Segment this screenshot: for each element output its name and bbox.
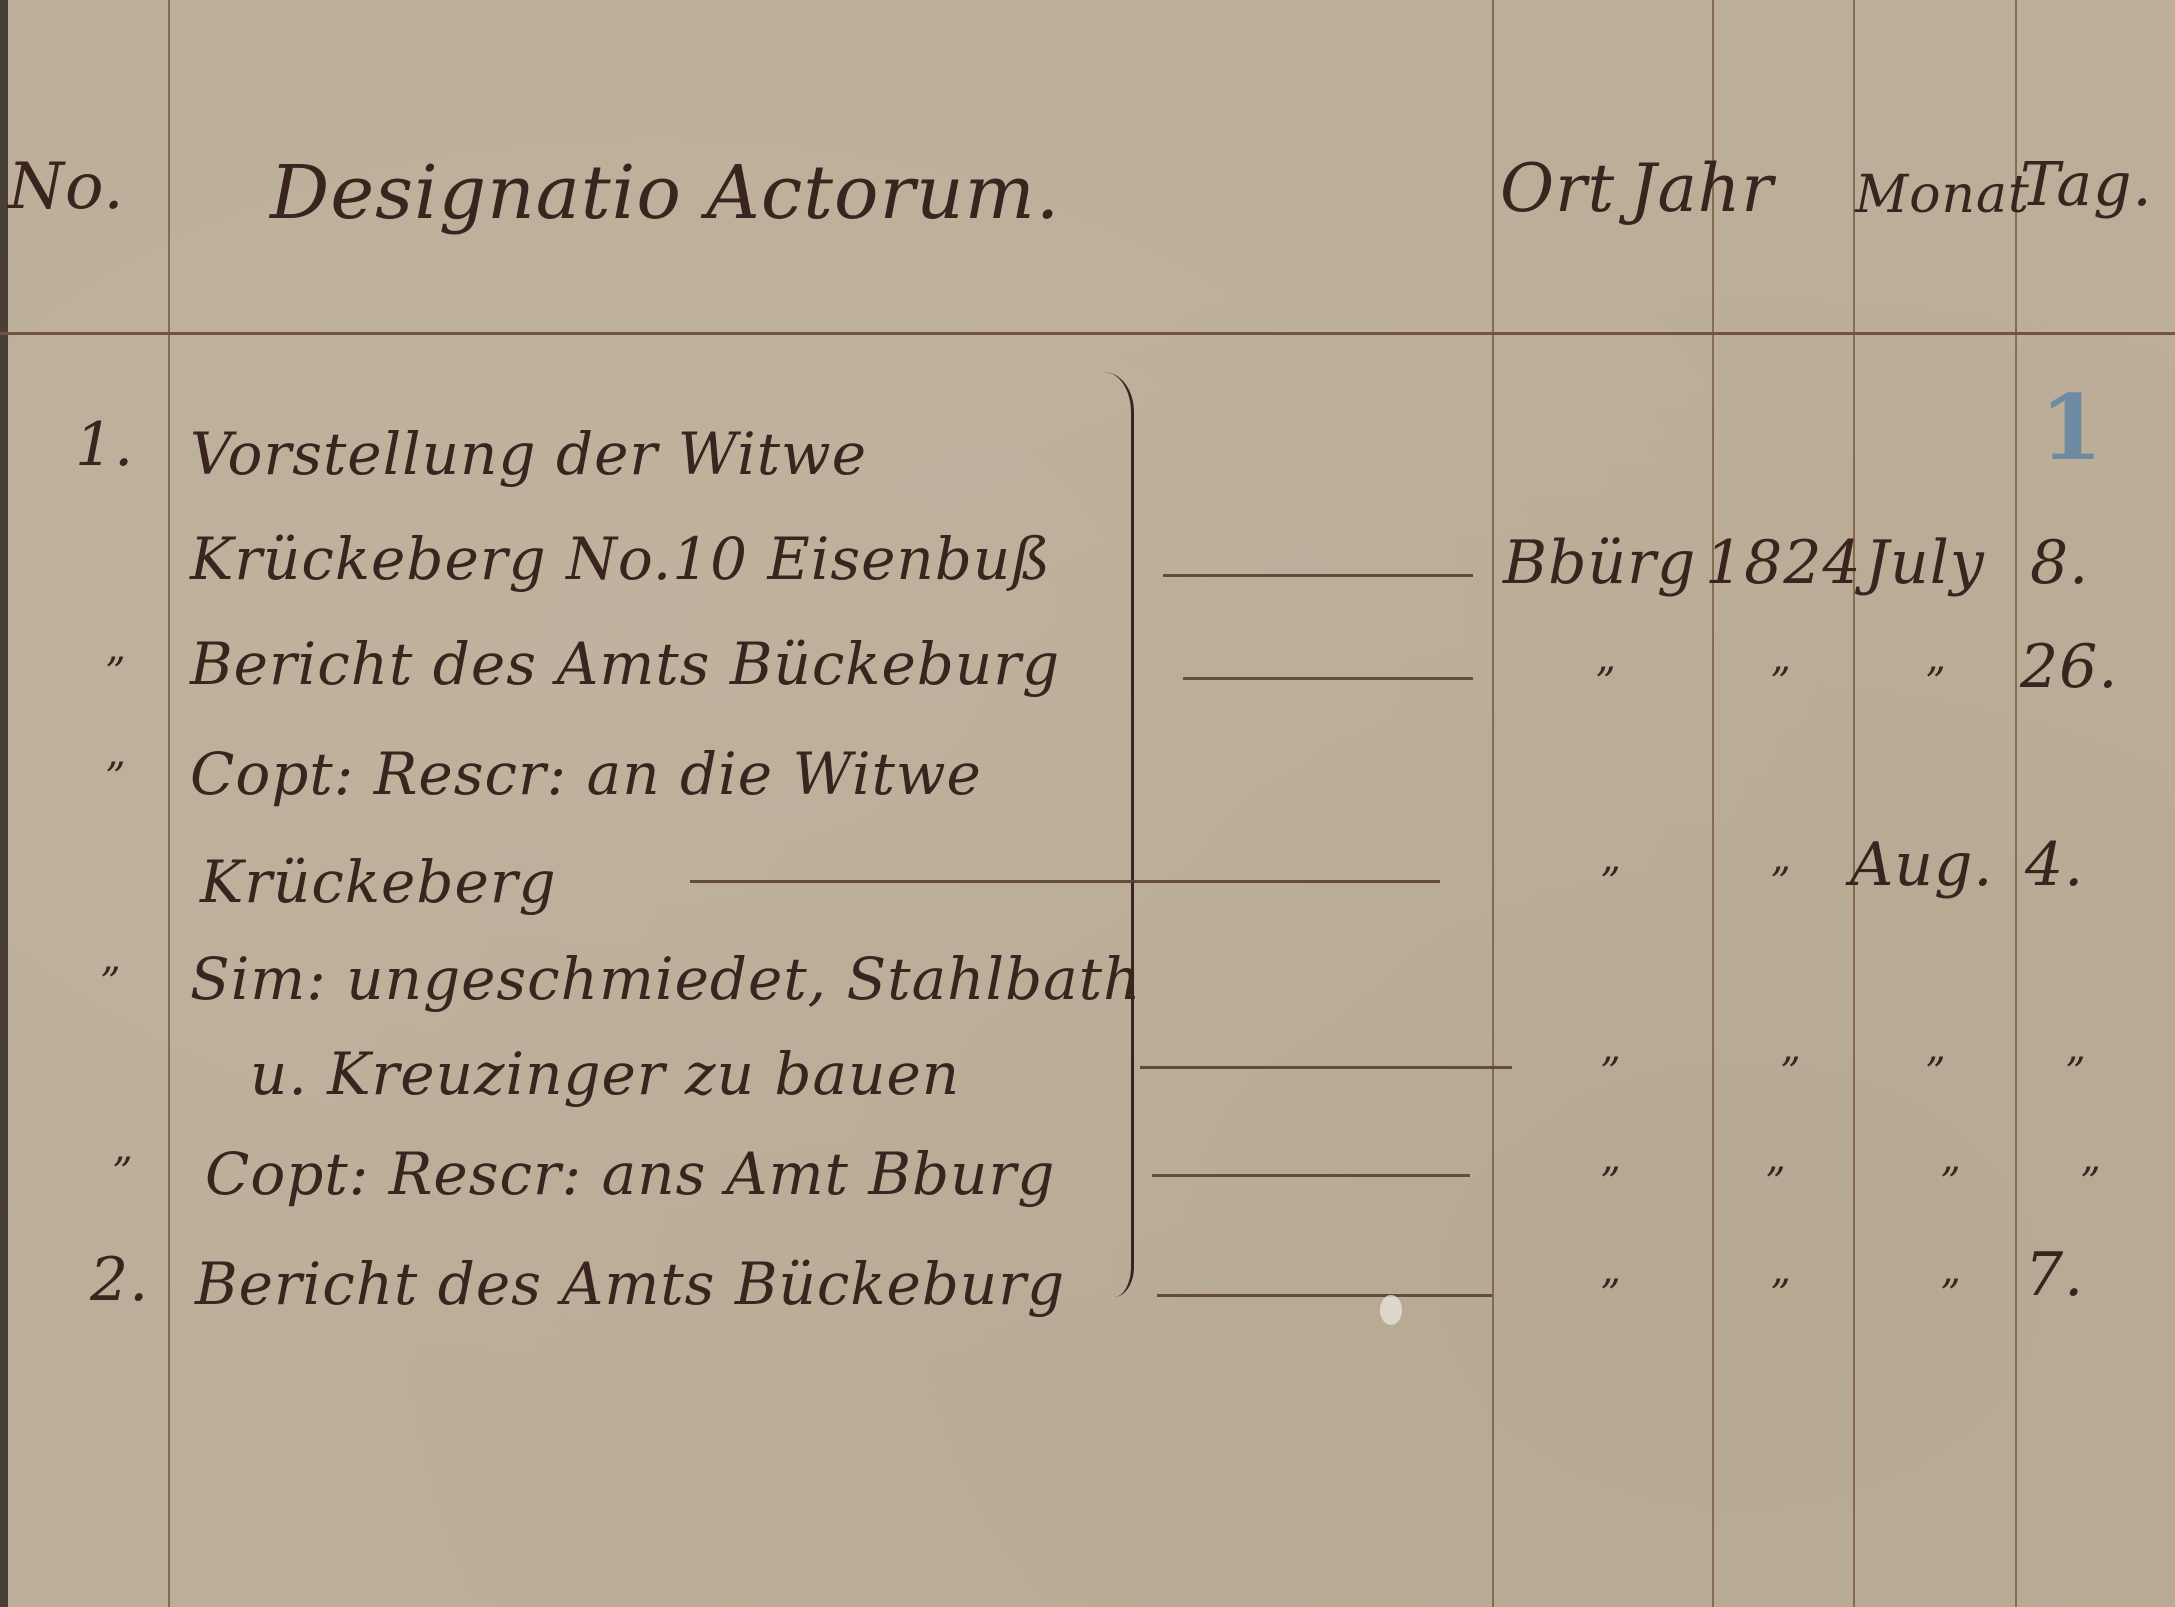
entry-month: Aug.: [1850, 830, 1993, 900]
entry-place: ”: [1600, 1050, 1621, 1096]
header-place: Ort: [1500, 150, 1615, 227]
entry-text: Sim: ungeschmiedet, Stahlbath: [190, 945, 1141, 1013]
dash-leader: [1157, 1294, 1492, 1297]
ditto-mark: ”: [105, 755, 126, 801]
entry-text: u. Kreuzinger zu bauen: [250, 1040, 960, 1108]
entry-day: 4.: [2025, 830, 2084, 900]
entry-place: ”: [1595, 660, 1616, 706]
entry-day: 26.: [2020, 632, 2118, 702]
dash-leader: [1140, 1066, 1512, 1069]
rule-number-column: [168, 0, 170, 1607]
header-year: Jahr: [1630, 150, 1774, 227]
entry-text: Copt: Rescr: ans Amt Bburg: [205, 1140, 1055, 1208]
paper-blemish: [1380, 1295, 1402, 1325]
entry-text: Vorstellung der Witwe: [190, 420, 867, 488]
dash-leader: [1152, 1174, 1470, 1177]
header-number: No.: [8, 150, 125, 224]
dash-leader: [1183, 677, 1473, 680]
register-page: No. Designatio Actorum. Ort Jahr Monat T…: [0, 0, 2175, 1607]
rule-year-column: [1712, 0, 1714, 1607]
entry-place: ”: [1600, 1272, 1621, 1318]
entry-day: 7.: [2025, 1240, 2084, 1310]
entry-year: 1824: [1705, 528, 1862, 598]
entry-number: 1.: [75, 410, 134, 480]
entry-month: ”: [1940, 1272, 1961, 1318]
entry-day: 8.: [2030, 528, 2089, 598]
entry-month: ”: [1925, 660, 1946, 706]
rule-place-column: [1492, 0, 1494, 1607]
header-designation: Designatio Actorum.: [270, 150, 1060, 236]
entry-text: Bericht des Amts Bückeburg: [195, 1250, 1065, 1318]
header-month: Monat: [1855, 165, 2030, 225]
ditto-mark: ”: [112, 1150, 133, 1196]
entry-place: Bbürg: [1503, 528, 1696, 598]
entry-place: ”: [1600, 1160, 1621, 1206]
ditto-mark: ”: [105, 650, 126, 696]
entry-day: ”: [2065, 1050, 2086, 1096]
entry-place: ”: [1600, 860, 1621, 906]
entry-text: Krückeberg: [200, 848, 557, 916]
page-edge: [0, 0, 8, 1607]
entry-number: 2.: [90, 1245, 149, 1315]
entry-text: Copt: Rescr: an die Witwe: [190, 740, 982, 808]
ditto-mark: ”: [100, 960, 121, 1006]
entry-day: ”: [2080, 1160, 2101, 1206]
entry-year: ”: [1780, 1050, 1801, 1096]
entry-year: ”: [1770, 1272, 1791, 1318]
header-rule: [0, 332, 2175, 335]
entries-bracket: [1085, 372, 1134, 1297]
dash-leader: [1163, 574, 1473, 577]
folio-mark: 1: [2040, 375, 2104, 481]
entry-year: ”: [1770, 660, 1791, 706]
entry-text: Bericht des Amts Bückeburg: [190, 630, 1060, 698]
header-day: Tag.: [2020, 150, 2153, 220]
entry-month: ”: [1940, 1160, 1961, 1206]
rule-day-column: [2015, 0, 2017, 1607]
entry-year: ”: [1770, 860, 1791, 906]
entry-month: July: [1865, 528, 1985, 598]
entry-text: Krückeberg No.10 Eisenbuß: [190, 525, 1051, 593]
dash-leader: [690, 880, 1440, 883]
entry-year: ”: [1765, 1160, 1786, 1206]
rule-month-column: [1853, 0, 1855, 1607]
entry-month: ”: [1925, 1050, 1946, 1096]
